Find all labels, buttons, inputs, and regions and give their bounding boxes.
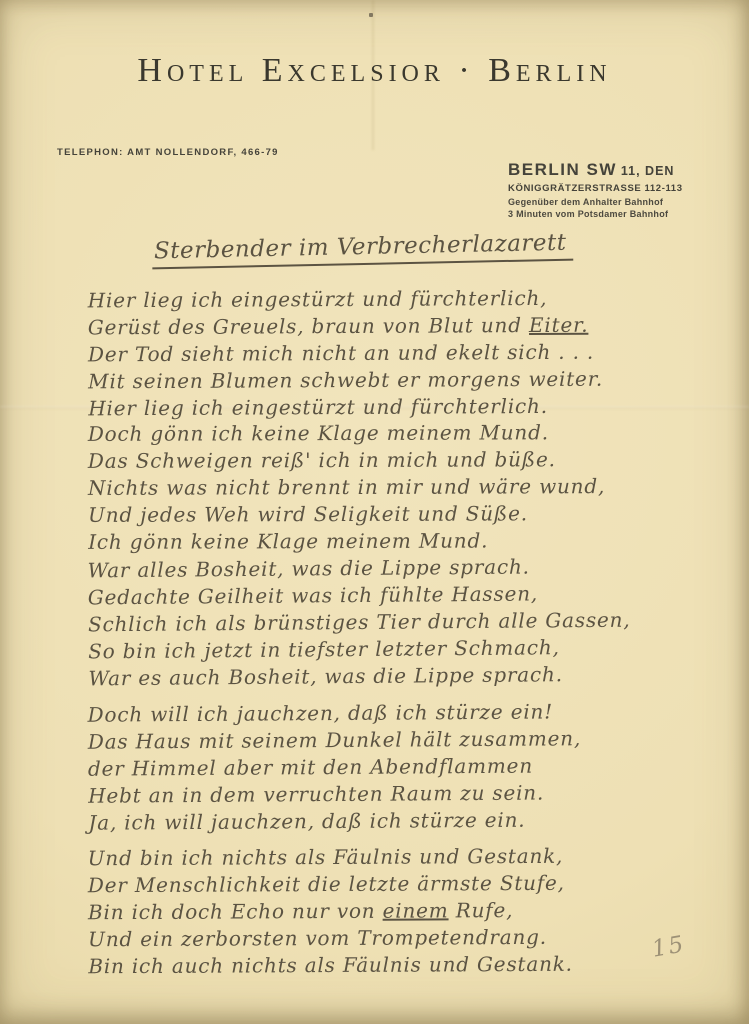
poem-line: Bin ich doch Echo nur von einem Rufe, [88, 897, 573, 927]
letterhead-note-potsdamer: 3 Minuten vom Potsdamer Bahnhof [508, 208, 683, 220]
poem-title: Sterbender im Verbrecherlazarett [152, 230, 573, 270]
letterhead-city-suffix: 11, DEN [621, 164, 675, 178]
poem-line: Und ein zerborsten vom Trompetendrang. [88, 924, 573, 954]
poem-stanza-3: War alles Bosheit, was die Lippe sprach.… [87, 553, 631, 693]
poem-line: Der Tod sieht mich nicht an und ekelt si… [88, 339, 603, 369]
poem-line: Nichts was nicht brennt in mir und wäre … [88, 473, 605, 502]
poem-line: Das Schweigen reiß' ich in mich und büße… [88, 446, 605, 475]
poem-stanza-4: Doch will ich jauchzen, daß ich stürze e… [88, 698, 582, 836]
poem-line: Das Haus mit seinem Dunkel hält zusammen… [88, 725, 581, 755]
poem-line: der Himmel aber mit den Abendflammen [88, 752, 581, 782]
letterhead-hotel-name: Hotel Excelsior · Berlin [0, 52, 749, 90]
letterhead-city: BERLIN SW [508, 160, 617, 179]
letterhead-note-anhalter: Gegenüber dem Anhalter Bahnhof [508, 196, 683, 208]
poem-line: Der Menschlichkeit die letzte ärmste Stu… [88, 870, 573, 900]
poem-line: Und jedes Weh wird Seligkeit und Süße. [88, 500, 605, 529]
poem-line: Bin ich auch nichts als Fäulnis und Gest… [88, 951, 573, 981]
poem-line: Ich gönn keine Klage meinem Mund. [88, 527, 605, 556]
poem-line: Hier lieg ich eingestürzt und fürchterli… [88, 393, 603, 423]
poem-line-segment-underlined: einem [383, 898, 449, 922]
letter-page: Hotel Excelsior · Berlin TELEPHON: AMT N… [0, 0, 749, 1024]
letterhead-city-line: BERLIN SW11, DEN [508, 160, 683, 180]
poem-line-segment: Rufe, [448, 898, 513, 922]
poem-line: Doch gönn ich keine Klage meinem Mund. [88, 419, 605, 448]
poem-line-segment: Bin ich doch Echo nur von [88, 899, 383, 925]
letterhead-address-block: BERLIN SW11, DEN KÖNIGGRÄTZERSTRASSE 112… [508, 160, 683, 220]
poem-line: Mit seinen Blumen schwebt er morgens wei… [88, 366, 603, 396]
page-number: 15 [650, 931, 687, 962]
poem-line: Doch will ich jauchzen, daß ich stürze e… [88, 698, 581, 728]
poem-stanza-5: Und bin ich nichts als Fäulnis und Gesta… [88, 843, 573, 981]
poem-stanza-1: Hier lieg ich eingestürzt und fürchterli… [88, 285, 604, 423]
poem-line: Hier lieg ich eingestürzt und fürchterli… [88, 285, 603, 315]
poem-line: War es auch Bosheit, was die Lippe sprac… [88, 661, 631, 693]
letterhead-street: KÖNIGGRÄTZERSTRASSE 112-113 [508, 183, 683, 194]
poem-stanza-2: Doch gönn ich keine Klage meinem Mund. D… [88, 419, 606, 556]
poem-line-segment-underlined: Eiter. [529, 313, 589, 337]
poem-line: Gerüst des Greuels, braun von Blut und E… [88, 312, 603, 342]
letterhead-telephone: TELEPHON: AMT NOLLENDORF, 466-79 [57, 147, 279, 158]
poem-line: Und bin ich nichts als Fäulnis und Gesta… [88, 843, 573, 873]
poem-line-segment: Gerüst des Greuels, braun von Blut und [88, 313, 529, 339]
poem-line: Ja, ich will jauchzen, daß ich stürze ei… [88, 806, 581, 836]
poem-line: Hebt an in dem verruchten Raum zu sein. [88, 779, 581, 809]
